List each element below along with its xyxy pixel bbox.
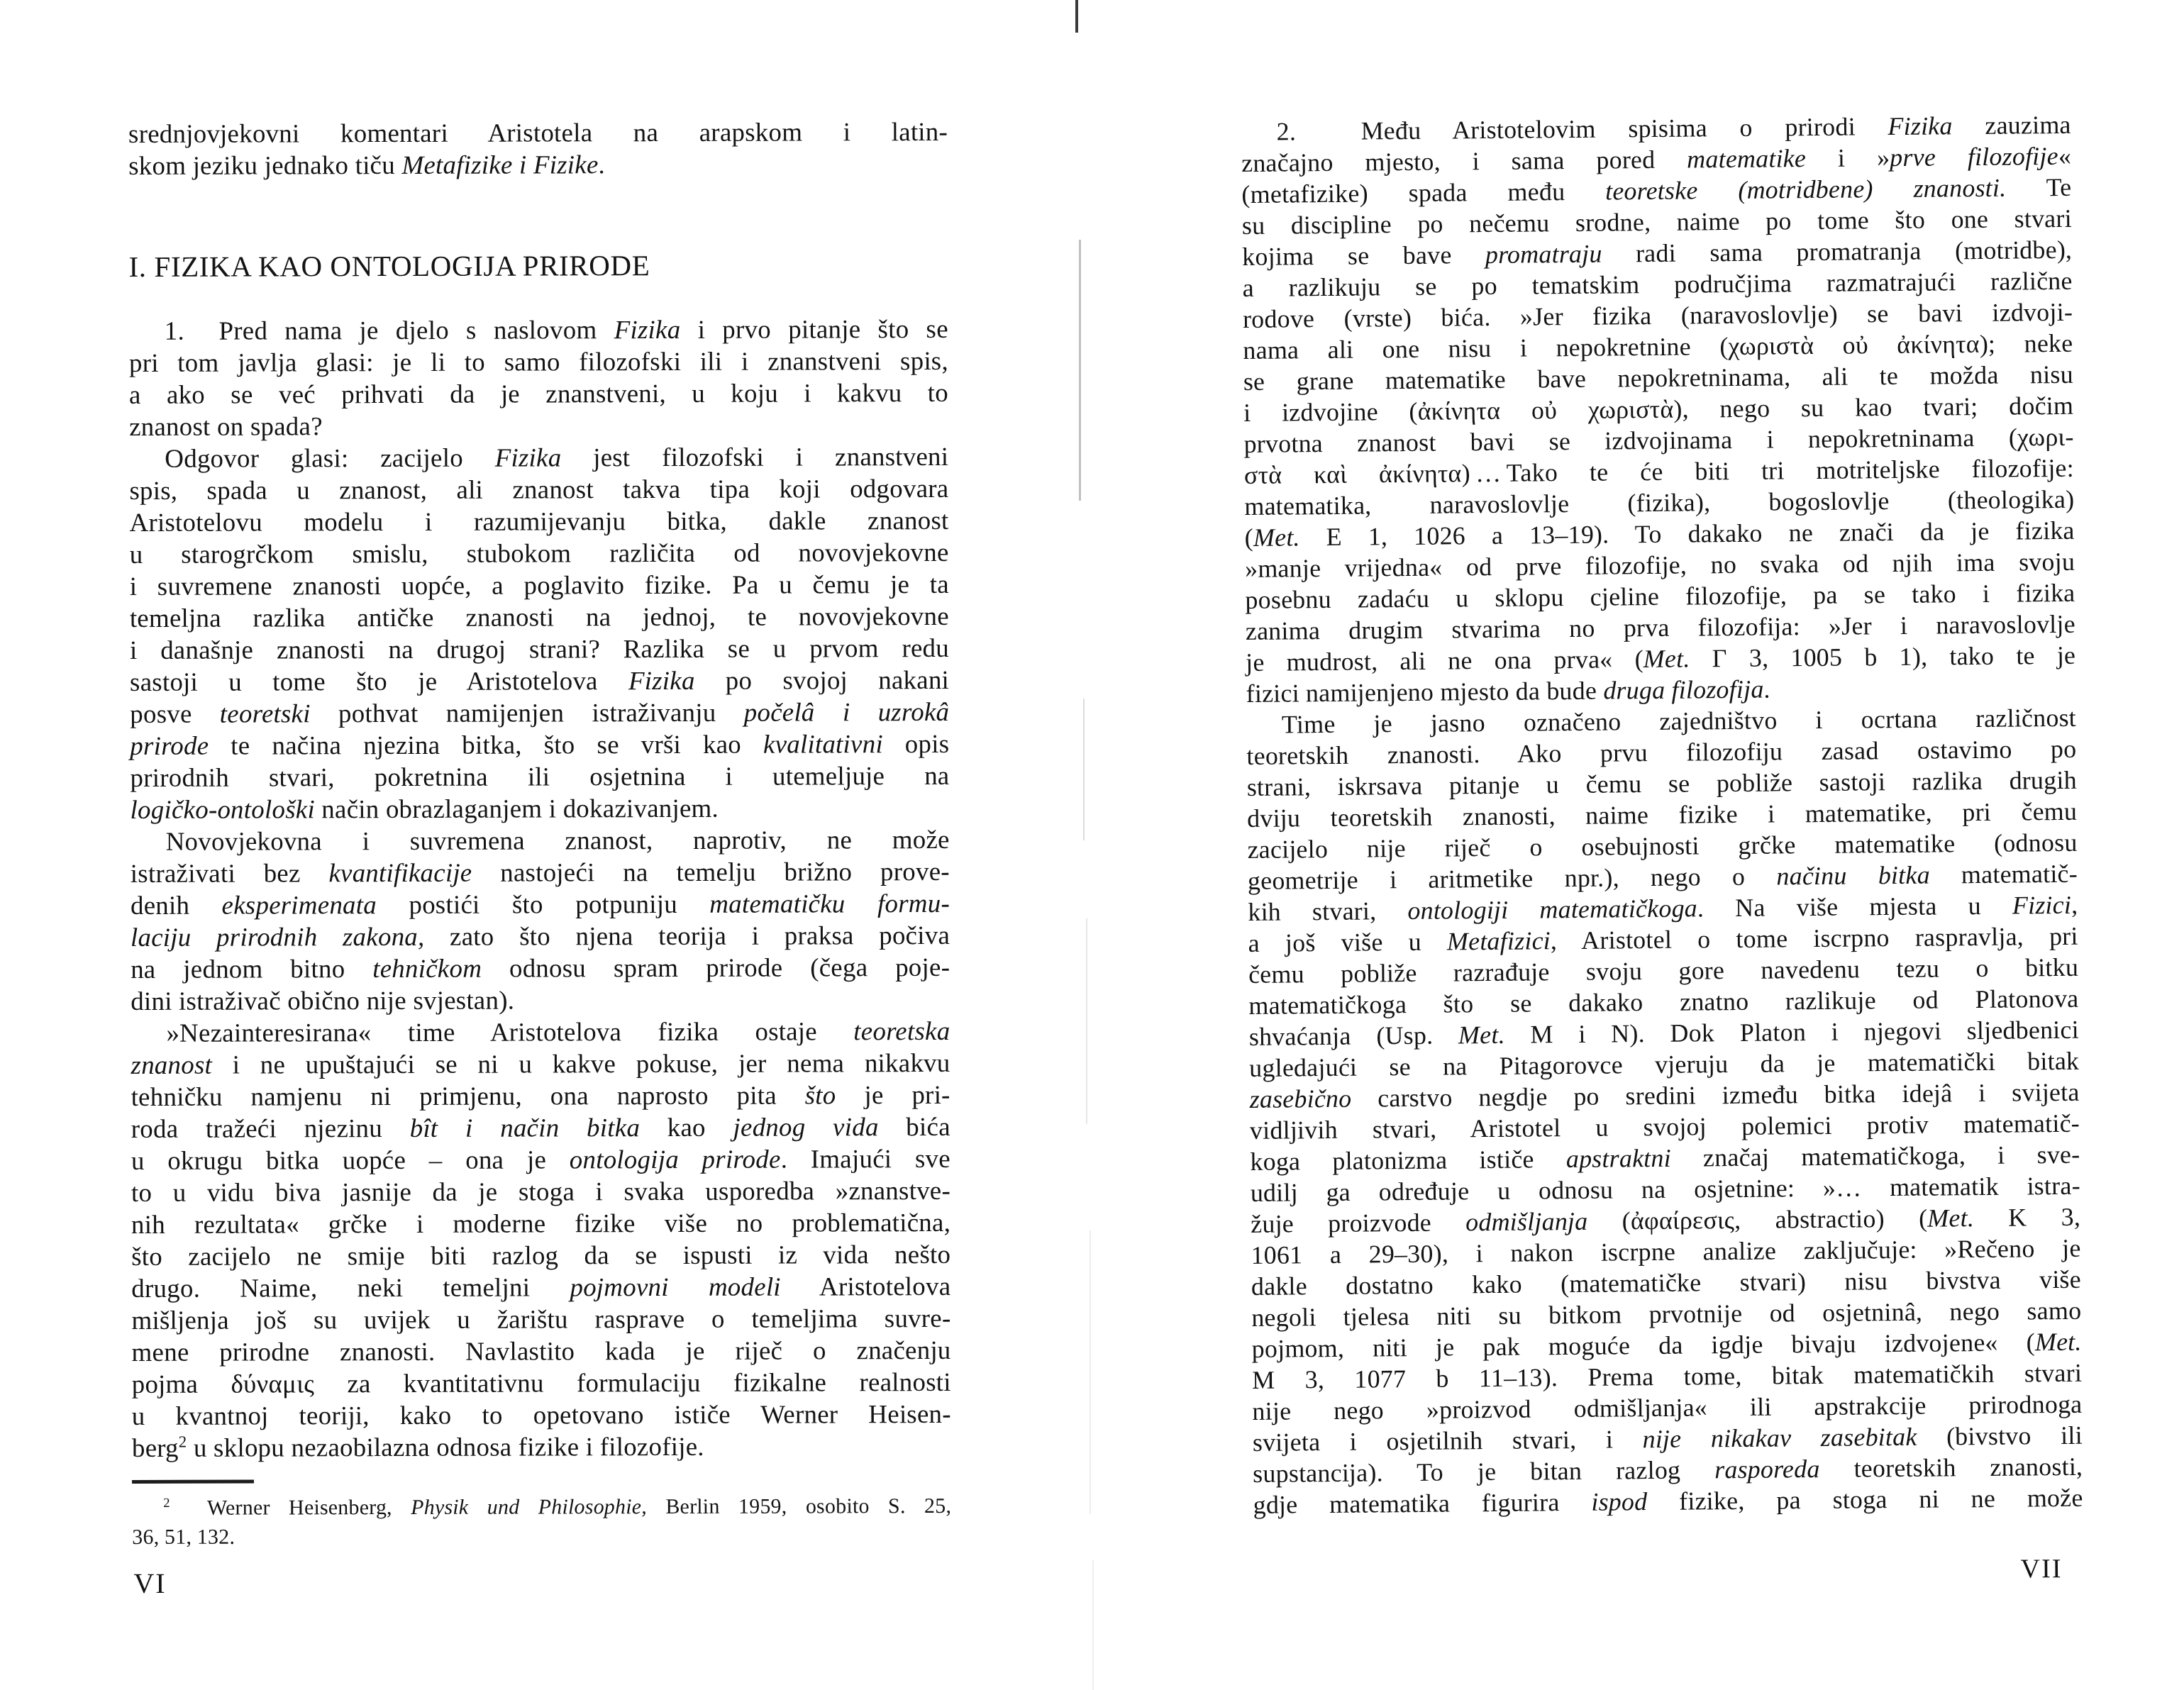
text-line: prirode te načina njezina bitka, što se … bbox=[130, 728, 949, 762]
text-line: logičko-ontološki način obrazlaganjem i … bbox=[130, 792, 949, 826]
text-line: i današnje znanosti na drugoj strani? Ra… bbox=[130, 633, 949, 667]
text-line: roda tražeći njezinu bît i način bitka k… bbox=[131, 1111, 950, 1145]
text-line: Novovjekovna i suvremena znanost, naprot… bbox=[131, 824, 950, 858]
text-line: spis, spada u znanost, ali znanost takva… bbox=[129, 473, 948, 507]
paragraph: srednjovjekovni komentari Aristotela na … bbox=[128, 116, 948, 182]
text-line: znanost i ne upuštajući se ni u kakve po… bbox=[131, 1047, 950, 1082]
left-page-text: srednjovjekovni komentari Aristotela na … bbox=[128, 116, 951, 1552]
paragraph: 1. Pred nama je djelo s naslovom Fizika … bbox=[129, 313, 948, 443]
text-line: to u vidu biva jasnije da je stoga i sva… bbox=[131, 1175, 950, 1209]
text-line: mišljenja još su uvijek u žarištu raspra… bbox=[131, 1303, 950, 1337]
text-line: u okrugu bitka uopće – ona je ontologija… bbox=[131, 1143, 950, 1177]
text-line: nih rezultata« grčke i moderne fizike vi… bbox=[131, 1207, 950, 1241]
right-page-text: 2. Među Aristotelovim spisima o prirodi … bbox=[1241, 109, 2083, 1521]
section-heading: I. FIZIKA KAO ONTOLOGIJA PRIRODE bbox=[128, 248, 948, 284]
text-line: Odgovor glasi: zacijelo Fizika jest filo… bbox=[129, 441, 948, 475]
gutter-crease-icon bbox=[1075, 0, 1078, 33]
gutter-crease-icon bbox=[1092, 1560, 1094, 1690]
gutter-crease-icon bbox=[1083, 699, 1085, 840]
paragraph: 2. Među Aristotelovim spisima o prirodi … bbox=[1241, 109, 2076, 709]
right-page: 2. Među Aristotelovim spisima o prirodi … bbox=[1241, 109, 2085, 1634]
text-line: što zacijelo ne smije biti razlog da se … bbox=[131, 1239, 950, 1273]
text-line: u starogrčkom smislu, stubokom različita… bbox=[130, 537, 949, 571]
right-page-number: VII bbox=[2020, 1553, 2062, 1585]
text-line: 36, 51, 132. bbox=[132, 1521, 951, 1552]
text-line: 2 Werner Heisenberg, Physik und Philosop… bbox=[132, 1491, 951, 1523]
text-line: dini istraživač obično nije svjestan). bbox=[131, 984, 950, 1018]
text-line: laciju prirodnih zakona, zato što njena … bbox=[131, 920, 950, 954]
left-page: srednjovjekovni komentari Aristotela na … bbox=[128, 116, 952, 1629]
gutter-crease-icon bbox=[1090, 1230, 1091, 1514]
text-line: 1. Pred nama je djelo s naslovom Fizika … bbox=[129, 313, 948, 348]
text-line: pojma δύναμις za kvantitativnu formulaci… bbox=[132, 1367, 951, 1401]
text-line: pri tom javlja glasi: je li to samo filo… bbox=[129, 345, 948, 379]
text-line: gdje matematika figurira ispod fizike, p… bbox=[1253, 1482, 2083, 1521]
text-line: tehničku namjenu ni primjenu, ona napros… bbox=[131, 1079, 950, 1113]
text-line: posve teoretski pothvat namijenjen istra… bbox=[130, 696, 949, 730]
gutter-crease-icon bbox=[1086, 918, 1087, 1124]
text-line: »Nezainteresirana« time Aristotelova fiz… bbox=[131, 1016, 950, 1050]
paragraph: »Nezainteresirana« time Aristotelova fiz… bbox=[131, 1016, 951, 1464]
text-line: istraživati bez kvantifikacije nastojeći… bbox=[131, 856, 950, 890]
text-line: i suvremene znanosti uopće, a poglavito … bbox=[130, 569, 949, 603]
text-line: skom jeziku jednako tiču Metafizike i Fi… bbox=[128, 148, 948, 182]
text-line: u kvantnoj teoriji, kako to opetovano is… bbox=[132, 1399, 951, 1433]
text-line: prirodnih stvari, pokretnina ili osjetni… bbox=[130, 760, 949, 794]
text-line: berg2 u sklopu nezaobilazna odnosa fizik… bbox=[132, 1430, 951, 1464]
footnote-rule bbox=[132, 1480, 254, 1484]
paragraph: Time je jasno označeno zajedništvo i ocr… bbox=[1246, 702, 2083, 1521]
gutter-crease-icon bbox=[1079, 240, 1081, 501]
text-line: sastoji u tome što je Aristotelova Fizik… bbox=[130, 665, 949, 699]
text-line: a ako se već prihvati da je znanstveni, … bbox=[129, 377, 948, 411]
text-line: drugo. Naime, neki temeljni pojmovni mod… bbox=[131, 1271, 950, 1305]
text-line: temeljna razlika antičke znanosti na jed… bbox=[130, 601, 949, 635]
paragraph: Odgovor glasi: zacijelo Fizika jest filo… bbox=[129, 441, 949, 826]
footnote: 2 Werner Heisenberg, Physik und Philosop… bbox=[132, 1491, 951, 1552]
text-line: znanost on spada? bbox=[129, 409, 948, 443]
paragraph: Novovjekovna i suvremena znanost, naprot… bbox=[131, 824, 950, 1018]
text-line: srednjovjekovni komentari Aristotela na … bbox=[128, 116, 948, 150]
text-line: mene prirodne znanosti. Navlastito kada … bbox=[131, 1335, 950, 1369]
text-line: denih eksperimenata postići što potpunij… bbox=[131, 888, 950, 922]
left-page-number: VI bbox=[133, 1567, 166, 1600]
text-line: Aristotelovu modelu i razumijevanju bitk… bbox=[129, 505, 948, 539]
text-line: na jednom bitno tehničkom odnosu spram p… bbox=[131, 952, 950, 986]
